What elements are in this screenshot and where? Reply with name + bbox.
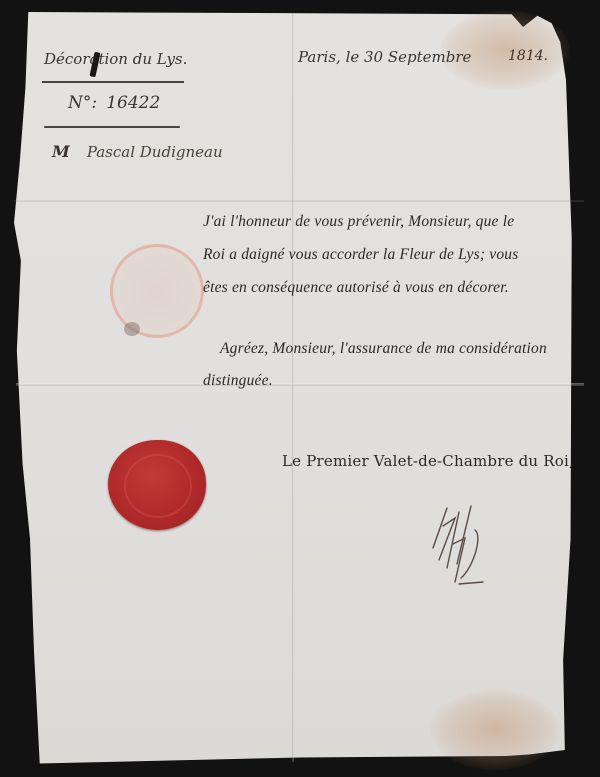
recipient-line: M Pascal Dudigneau bbox=[52, 142, 223, 161]
title-underline bbox=[42, 81, 184, 83]
number-label: N°: bbox=[68, 93, 97, 113]
horizontal-fold-line bbox=[16, 383, 584, 386]
body-line-3: êtes en conséquence autorisé à vous en d… bbox=[203, 279, 509, 297]
foxing-stain-bottom-right bbox=[430, 690, 560, 770]
body-line-1: J'ai l'honneur de vous prévenir, Monsieu… bbox=[203, 213, 514, 231]
number-value: 16422 bbox=[106, 93, 160, 113]
recipient-name: Pascal Dudigneau bbox=[87, 143, 223, 161]
decoration-title: Décoration du Lys. bbox=[44, 50, 187, 68]
stain-spot bbox=[124, 322, 140, 336]
red-wax-seal bbox=[108, 440, 206, 530]
vertical-fold-line bbox=[292, 14, 294, 762]
registration-number: N°: 16422 bbox=[68, 93, 160, 113]
place-date: Paris, le 30 Septembre bbox=[298, 48, 471, 66]
recipient-prefix: M bbox=[52, 142, 70, 161]
year: 1814. bbox=[508, 48, 548, 64]
closing-line-1: Agréez, Monsieur, l'assurance de ma cons… bbox=[220, 340, 547, 358]
closing-line-2: distinguée. bbox=[203, 372, 273, 390]
faded-seal-imprint bbox=[110, 244, 204, 338]
number-underline bbox=[44, 126, 180, 128]
handwritten-signature bbox=[425, 498, 495, 588]
letter-paper bbox=[14, 12, 586, 765]
body-line-2: Roi a daigné vous accorder la Fleur de L… bbox=[203, 246, 519, 264]
signatory-title: Le Premier Valet-de-Chambre du Roi, bbox=[282, 452, 574, 470]
seal-emblem bbox=[124, 454, 192, 518]
horizontal-fold-line-upper bbox=[14, 200, 584, 202]
